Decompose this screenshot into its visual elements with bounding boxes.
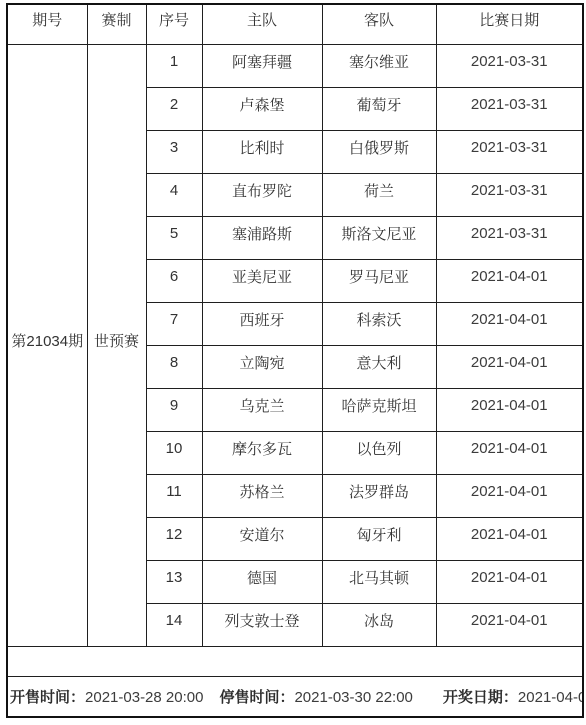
away-team-cell: 白俄罗斯	[322, 130, 436, 173]
seq-cell: 3	[146, 130, 202, 173]
seq-cell: 12	[146, 517, 202, 560]
home-team-cell: 乌克兰	[202, 388, 322, 431]
away-team-cell: 意大利	[322, 345, 436, 388]
lottery-schedule-page: 期号 赛制 序号 主队 客队 比赛日期 第21034期 世预赛 1 阿塞拜疆 塞…	[0, 0, 586, 725]
match-date-cell: 2021-03-31	[436, 44, 583, 87]
match-date-cell: 2021-04-01	[436, 474, 583, 517]
away-team-cell: 冰岛	[322, 603, 436, 646]
away-team-cell: 塞尔维亚	[322, 44, 436, 87]
away-team-cell: 葡萄牙	[322, 87, 436, 130]
match-date-cell: 2021-04-01	[436, 603, 583, 646]
match-date-cell: 2021-03-31	[436, 173, 583, 216]
away-team-cell: 科索沃	[322, 302, 436, 345]
competition-format-cell: 世预赛	[87, 44, 146, 646]
sale-info-cell: 开售时间：2021-03-28 20:00停售时间：2021-03-30 22:…	[7, 676, 583, 717]
match-date-cell: 2021-04-01	[436, 302, 583, 345]
home-team-cell: 亚美尼亚	[202, 259, 322, 302]
away-team-cell: 北马其顿	[322, 560, 436, 603]
away-team-cell: 法罗群岛	[322, 474, 436, 517]
table-header-row: 期号 赛制 序号 主队 客队 比赛日期	[7, 4, 583, 44]
sale-stop-label: 停售时间：	[219, 689, 294, 706]
sale-stop-value: 2021-03-30 22:00	[294, 689, 412, 706]
seq-cell: 13	[146, 560, 202, 603]
sale-info-row: 开售时间：2021-03-28 20:00停售时间：2021-03-30 22:…	[7, 676, 583, 717]
home-team-cell: 列支敦士登	[202, 603, 322, 646]
seq-cell: 8	[146, 345, 202, 388]
seq-cell: 5	[146, 216, 202, 259]
match-date-cell: 2021-04-01	[436, 345, 583, 388]
spacer-row	[7, 646, 583, 676]
home-team-cell: 德国	[202, 560, 322, 603]
home-team-cell: 摩尔多瓦	[202, 431, 322, 474]
home-team-cell: 安道尔	[202, 517, 322, 560]
header-period: 期号	[7, 4, 87, 44]
seq-cell: 14	[146, 603, 202, 646]
seq-cell: 6	[146, 259, 202, 302]
draw-date-label: 开奖日期：	[443, 689, 518, 706]
match-date-cell: 2021-04-01	[436, 388, 583, 431]
home-team-cell: 卢森堡	[202, 87, 322, 130]
home-team-cell: 苏格兰	[202, 474, 322, 517]
home-team-cell: 西班牙	[202, 302, 322, 345]
sale-start-label: 开售时间：	[10, 689, 85, 706]
header-format: 赛制	[87, 4, 146, 44]
away-team-cell: 罗马尼亚	[322, 259, 436, 302]
match-date-cell: 2021-04-01	[436, 431, 583, 474]
table-row: 第21034期 世预赛 1 阿塞拜疆 塞尔维亚 2021-03-31	[7, 44, 583, 87]
sale-start-value: 2021-03-28 20:00	[85, 689, 203, 706]
header-seq: 序号	[146, 4, 202, 44]
away-team-cell: 匈牙利	[322, 517, 436, 560]
home-team-cell: 立陶宛	[202, 345, 322, 388]
header-away-team: 客队	[322, 4, 436, 44]
away-team-cell: 哈萨克斯坦	[322, 388, 436, 431]
seq-cell: 1	[146, 44, 202, 87]
match-date-cell: 2021-03-31	[436, 216, 583, 259]
away-team-cell: 斯洛文尼亚	[322, 216, 436, 259]
seq-cell: 2	[146, 87, 202, 130]
match-date-cell: 2021-04-01	[436, 259, 583, 302]
match-schedule-table: 期号 赛制 序号 主队 客队 比赛日期 第21034期 世预赛 1 阿塞拜疆 塞…	[6, 3, 584, 718]
seq-cell: 10	[146, 431, 202, 474]
match-date-cell: 2021-04-01	[436, 560, 583, 603]
home-team-cell: 比利时	[202, 130, 322, 173]
home-team-cell: 直布罗陀	[202, 173, 322, 216]
header-match-date: 比赛日期	[436, 4, 583, 44]
seq-cell: 9	[146, 388, 202, 431]
match-date-cell: 2021-03-31	[436, 87, 583, 130]
away-team-cell: 荷兰	[322, 173, 436, 216]
match-date-cell: 2021-04-01	[436, 517, 583, 560]
home-team-cell: 塞浦路斯	[202, 216, 322, 259]
match-date-cell: 2021-03-31	[436, 130, 583, 173]
draw-date-value: 2021-04-01	[518, 689, 583, 706]
away-team-cell: 以色列	[322, 431, 436, 474]
header-home-team: 主队	[202, 4, 322, 44]
home-team-cell: 阿塞拜疆	[202, 44, 322, 87]
seq-cell: 7	[146, 302, 202, 345]
spacer-cell	[7, 646, 583, 676]
period-number-cell: 第21034期	[7, 44, 87, 646]
seq-cell: 4	[146, 173, 202, 216]
seq-cell: 11	[146, 474, 202, 517]
